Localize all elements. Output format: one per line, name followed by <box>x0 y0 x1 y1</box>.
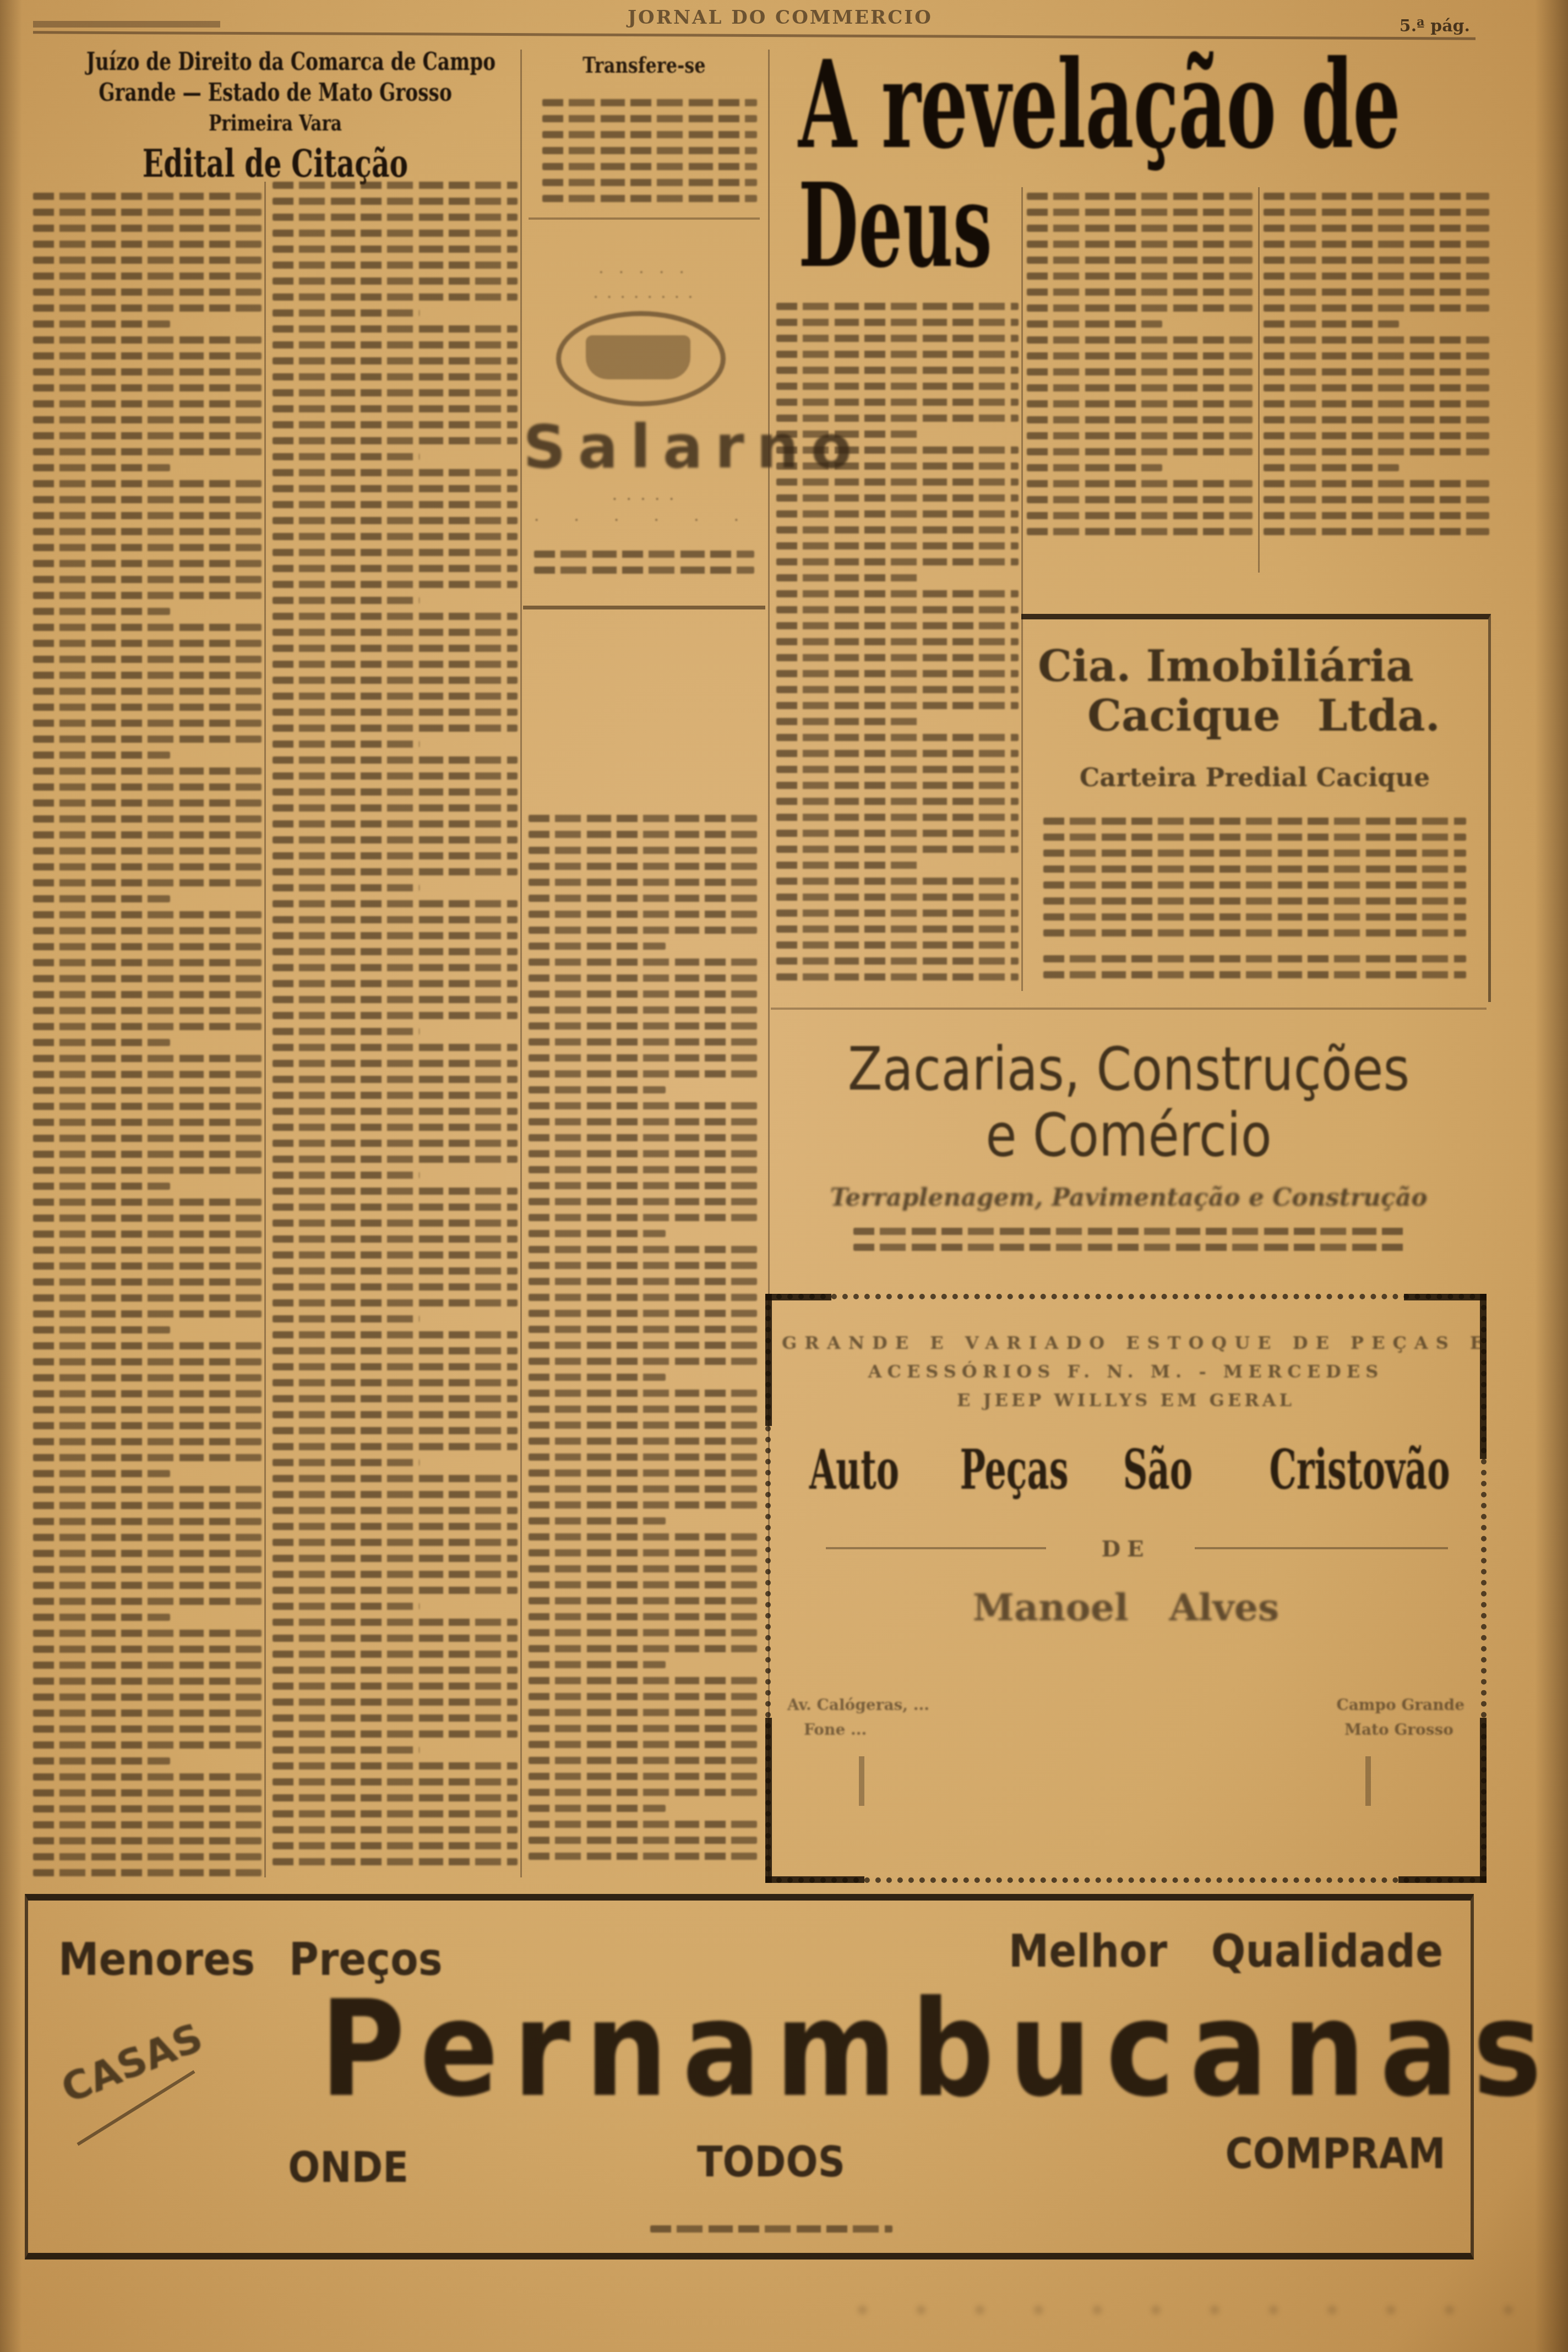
autopecas-address-left-1: Av. Calógeras, ... <box>787 1696 929 1714</box>
text-line <box>1027 512 1253 519</box>
text-line <box>273 693 518 700</box>
text-line <box>273 1714 518 1722</box>
text-line <box>33 1821 262 1828</box>
text-line <box>273 1188 518 1195</box>
text-line <box>273 1555 518 1562</box>
autopecas-owner: Manoel Alves <box>771 1586 1481 1630</box>
text-line <box>273 725 518 732</box>
text-line <box>776 686 1019 693</box>
text-line <box>273 1730 518 1738</box>
text-line <box>1264 209 1489 216</box>
text-line <box>33 720 262 727</box>
text-line <box>33 576 262 583</box>
text-line <box>273 804 518 812</box>
text-line <box>776 526 1019 533</box>
text-line <box>273 293 518 301</box>
text-line <box>33 1805 262 1812</box>
text-line <box>1264 400 1489 407</box>
text-line <box>273 820 518 827</box>
imobiliaria-name-line-2: Cacique Ltda. <box>1087 691 1440 741</box>
text-line <box>776 973 1019 981</box>
text-line <box>33 1869 262 1876</box>
text-line <box>776 670 1019 677</box>
text-line <box>33 193 262 200</box>
imobiliaria-subtitle: Carteira Predial Cacique <box>1021 763 1488 792</box>
text-line <box>33 1071 262 1078</box>
pernambucanas-word-compram: COMPRAM <box>1226 2129 1446 2178</box>
text-line <box>33 624 262 631</box>
text-line <box>776 319 1019 326</box>
text-line <box>273 469 518 476</box>
text-line <box>33 1550 262 1557</box>
autopecas-intro-line-2: ACESSÓRIOS F. N. M. - MERCEDES <box>782 1361 1470 1382</box>
text-line <box>273 1683 518 1690</box>
ad-border-corner <box>1398 1876 1487 1883</box>
text-line <box>529 1693 757 1700</box>
text-line <box>776 590 1019 597</box>
text-line <box>776 798 1019 805</box>
text-line <box>33 1039 170 1046</box>
autopecas-name: Auto Peças São Cristovão <box>782 1437 1470 1502</box>
text-line <box>273 932 518 939</box>
text-line <box>273 868 518 875</box>
text-line <box>273 1267 518 1275</box>
text-line <box>33 1199 262 1206</box>
text-line <box>529 1725 757 1732</box>
text-line <box>33 688 262 695</box>
text-line <box>1027 320 1162 328</box>
text-line <box>1027 225 1253 232</box>
ad-border-corner <box>765 1718 772 1883</box>
text-line <box>33 1374 262 1381</box>
text-line <box>33 464 170 471</box>
pernambucanas-slogan-right: Melhor Qualidade <box>1009 1925 1443 1978</box>
text-line <box>776 558 1019 565</box>
text-line <box>1027 352 1253 360</box>
salarno-footer-text <box>534 551 754 584</box>
text-line <box>776 702 1019 709</box>
text-line <box>1264 464 1399 471</box>
text-line <box>529 1533 757 1540</box>
text-line <box>273 629 518 636</box>
text-line <box>33 528 262 535</box>
text-line <box>529 1597 757 1604</box>
text-line <box>776 734 1019 741</box>
ad-border-corner <box>765 1294 831 1300</box>
autopecas-address-right-1: Campo Grande <box>1336 1696 1464 1714</box>
text-line <box>33 544 262 551</box>
text-line <box>529 1821 757 1828</box>
text-line <box>273 1491 518 1498</box>
text-line <box>529 1070 757 1077</box>
text-line <box>776 494 1019 502</box>
text-line <box>273 1810 518 1817</box>
zacarias-address <box>853 1228 1404 1260</box>
text-line <box>1043 929 1466 937</box>
text-line <box>33 336 262 344</box>
text-line <box>273 597 420 604</box>
text-line <box>776 574 922 581</box>
autopecas-ad: GRANDE E VARIADO ESTOQUE DE PEÇAS E ACES… <box>765 1294 1487 1883</box>
text-line <box>273 1156 518 1163</box>
revelacao-body-col3 <box>1264 193 1489 544</box>
text-line <box>529 927 757 934</box>
text-line <box>776 782 1019 789</box>
text-line <box>1027 496 1253 503</box>
text-line <box>529 1453 757 1461</box>
text-line <box>529 1837 757 1844</box>
text-line <box>529 1150 757 1157</box>
text-line <box>1027 241 1253 248</box>
text-line <box>273 1635 518 1642</box>
text-line <box>33 1231 262 1238</box>
text-line <box>529 1102 757 1109</box>
text-line <box>853 1228 1404 1235</box>
text-line <box>33 975 262 982</box>
text-line <box>33 1007 262 1014</box>
text-line <box>33 1757 170 1765</box>
text-line <box>33 1151 262 1158</box>
ad-border-corner <box>1404 1294 1487 1300</box>
text-line <box>33 752 170 759</box>
text-line <box>776 654 1019 661</box>
text-line <box>776 399 1019 406</box>
text-line <box>1027 400 1253 407</box>
text-line <box>33 911 262 918</box>
zacarias-services: Terraplenagem, Pavimentação e Construção <box>771 1184 1487 1212</box>
text-line <box>273 1587 518 1594</box>
text-line <box>529 1054 757 1061</box>
text-line <box>1264 416 1489 423</box>
text-line <box>273 645 518 652</box>
zacarias-name-line-1: Zacarias, Construções <box>825 1035 1433 1104</box>
text-line <box>33 1023 262 1030</box>
text-line <box>33 1215 262 1222</box>
autopecas-intro-line-1: GRANDE E VARIADO ESTOQUE DE PEÇAS E <box>782 1332 1470 1353</box>
text-line <box>529 1629 757 1636</box>
text-line <box>33 1566 262 1573</box>
exclamation-ornament-icon <box>1365 1756 1371 1806</box>
text-line <box>529 1517 666 1525</box>
text-line <box>776 606 1019 613</box>
text-line <box>529 1038 757 1046</box>
text-line <box>776 510 1019 518</box>
text-line <box>529 1805 666 1812</box>
text-line <box>33 1853 262 1860</box>
text-line <box>650 2225 892 2233</box>
edital-headline-line-3: Primeira Vara <box>86 108 464 138</box>
text-line <box>529 1757 757 1764</box>
text-line <box>529 1134 757 1141</box>
text-line <box>273 916 518 923</box>
text-line <box>33 1646 262 1653</box>
text-line <box>33 1470 170 1477</box>
text-line <box>33 1741 262 1749</box>
text-line <box>273 948 518 955</box>
text-line <box>33 1773 262 1781</box>
text-line <box>529 1342 757 1349</box>
bleed-through-text: · · · · · · · · · · · · <box>33 2268 1520 2352</box>
text-line <box>776 638 1019 645</box>
text-line <box>529 1501 757 1509</box>
text-line <box>273 1299 518 1306</box>
text-line <box>273 1842 518 1849</box>
text-line <box>529 1853 757 1860</box>
text-line <box>776 910 1019 917</box>
col3-body-text <box>529 815 757 1869</box>
text-line <box>33 352 262 360</box>
text-line <box>776 415 1019 422</box>
text-line <box>273 884 420 891</box>
exclamation-ornament-icon <box>859 1756 864 1806</box>
text-line <box>529 1262 757 1269</box>
text-line <box>273 214 518 221</box>
text-line <box>33 592 262 599</box>
text-line <box>273 1507 518 1514</box>
edital-headline: Juízo de Direito da Comarca de Campo Gra… <box>33 47 518 187</box>
text-line <box>273 277 518 285</box>
text-line <box>273 373 518 380</box>
text-line <box>1264 368 1489 375</box>
text-line <box>529 1741 757 1748</box>
text-line <box>33 448 262 455</box>
text-line <box>33 320 170 328</box>
text-line <box>273 1411 518 1418</box>
text-line <box>1027 432 1253 439</box>
text-line <box>1027 193 1253 200</box>
text-line <box>853 1244 1404 1251</box>
text-line <box>776 766 1019 773</box>
text-line <box>33 1326 170 1333</box>
text-line <box>33 496 262 503</box>
text-line <box>33 895 170 902</box>
text-line <box>33 959 262 966</box>
imobiliaria-address <box>1043 955 1466 987</box>
text-line <box>542 131 757 138</box>
text-line <box>534 567 754 574</box>
pernambucanas-word-todos: TODOS <box>697 2137 845 2186</box>
text-line <box>776 846 1019 853</box>
text-line <box>776 542 1019 549</box>
text-line <box>1264 512 1489 519</box>
text-line <box>529 1182 757 1189</box>
text-line <box>1027 480 1253 487</box>
text-line <box>273 1698 518 1706</box>
text-line <box>33 560 262 567</box>
text-line <box>273 182 518 189</box>
text-line <box>529 1246 757 1253</box>
text-line <box>776 447 1019 454</box>
pernambucanas-ad: Menores Preços Melhor Qualidade CASAS Pe… <box>25 1894 1474 2260</box>
text-line <box>273 246 518 253</box>
text-line <box>33 209 262 216</box>
text-line <box>33 1262 262 1270</box>
salarno-top-line-2: · · · · · · · · <box>523 289 765 306</box>
text-line <box>273 421 518 428</box>
text-line <box>33 384 262 391</box>
text-line <box>529 1358 757 1365</box>
text-line <box>776 894 1019 901</box>
text-line <box>1027 257 1253 264</box>
text-line <box>33 1087 262 1094</box>
text-line <box>273 1762 518 1770</box>
text-line <box>529 1214 757 1221</box>
masthead-left-rule <box>33 21 220 28</box>
text-line <box>33 1438 262 1445</box>
text-line <box>273 1794 518 1801</box>
text-line <box>273 1427 518 1434</box>
text-line <box>273 1363 518 1370</box>
text-line <box>33 1725 262 1733</box>
imobiliaria-body-text <box>1043 818 1466 945</box>
autopecas-name-word: São <box>1123 1437 1193 1502</box>
salarno-ad: · · · · · · · · · · · · · Salarno · · · … <box>523 253 765 782</box>
text-line <box>33 368 262 375</box>
text-line <box>33 927 262 934</box>
text-line <box>1264 352 1489 360</box>
text-line <box>273 900 518 907</box>
text-line <box>529 1278 757 1285</box>
transfere-headline: Transfere-se <box>552 52 737 78</box>
text-line <box>776 862 922 869</box>
text-line <box>273 1140 518 1147</box>
text-line <box>33 241 262 248</box>
text-line <box>33 1406 262 1413</box>
text-line <box>33 1422 262 1429</box>
text-line <box>1043 865 1466 873</box>
text-line <box>33 1789 262 1796</box>
text-line <box>776 383 1019 390</box>
text-line <box>273 325 518 333</box>
text-line <box>529 1086 666 1093</box>
paper-name: JORNAL DO COMMERCIO <box>628 7 933 29</box>
text-line <box>273 1108 518 1115</box>
text-line <box>529 1661 666 1668</box>
text-line <box>529 1709 757 1716</box>
zacarias-name-line-2: e Comércio <box>825 1101 1433 1170</box>
text-line <box>534 551 754 558</box>
newspaper-page: JORNAL DO COMMERCIO 5.ª pág. Juízo de Di… <box>0 0 1568 2352</box>
text-line <box>1264 528 1489 535</box>
text-line <box>1027 448 1253 455</box>
text-line <box>529 1422 757 1429</box>
text-line <box>33 432 262 439</box>
text-line <box>33 991 262 998</box>
text-line <box>529 815 757 822</box>
text-line <box>273 788 518 796</box>
text-line <box>33 416 262 423</box>
text-line <box>529 1390 757 1397</box>
text-line <box>273 1651 518 1658</box>
text-line <box>1264 432 1489 439</box>
text-line <box>33 1486 262 1493</box>
autopecas-name-word: Auto <box>809 1437 899 1502</box>
text-line <box>542 163 757 170</box>
text-line <box>33 1278 262 1286</box>
text-line <box>273 565 518 572</box>
text-line <box>33 863 262 870</box>
text-line <box>529 1022 757 1030</box>
text-line <box>273 1746 420 1754</box>
text-line <box>776 878 1019 885</box>
text-line <box>776 351 1019 358</box>
text-line <box>542 147 757 154</box>
text-line <box>33 1246 262 1254</box>
text-line <box>273 1092 518 1099</box>
text-line <box>776 814 1019 821</box>
text-line <box>529 1310 757 1317</box>
text-line <box>529 847 757 854</box>
text-line <box>273 1475 518 1482</box>
text-line <box>273 1603 420 1610</box>
text-line <box>273 1347 518 1354</box>
text-line <box>33 1534 262 1541</box>
text-line <box>529 1773 757 1780</box>
text-line <box>273 661 518 668</box>
text-line <box>1264 273 1489 280</box>
text-line <box>776 622 1019 629</box>
text-line <box>1043 881 1466 889</box>
text-line <box>1264 448 1489 455</box>
pernambucanas-address <box>650 2225 892 2241</box>
text-line <box>776 303 1019 310</box>
text-line <box>542 179 757 186</box>
text-line <box>33 225 262 232</box>
text-line <box>273 741 420 748</box>
text-line <box>33 767 262 775</box>
text-line <box>1027 288 1253 296</box>
col1-body-text <box>33 193 262 1885</box>
text-line <box>529 1677 757 1684</box>
text-line <box>529 1166 757 1173</box>
text-line <box>273 389 518 396</box>
text-line <box>273 230 518 237</box>
text-line <box>273 262 518 269</box>
text-line <box>1043 818 1466 825</box>
text-line <box>1264 225 1489 232</box>
text-line <box>776 462 1019 470</box>
autopecas-intro-line-3: E JEEP WILLYS EM GERAL <box>782 1390 1470 1411</box>
text-line <box>33 879 262 886</box>
text-line <box>273 453 420 460</box>
text-line <box>33 1294 262 1302</box>
text-line <box>33 1598 262 1605</box>
page-edge-shadow-left <box>0 0 22 2352</box>
salarno-sub-line-1: · · · · · <box>523 490 765 508</box>
text-line <box>273 1315 420 1322</box>
text-line <box>33 304 262 312</box>
text-line <box>33 1662 262 1669</box>
text-line <box>529 1438 757 1445</box>
text-line <box>273 996 518 1003</box>
text-line <box>33 640 262 647</box>
text-line <box>273 1204 518 1211</box>
autopecas-address-left-2: Fone ... <box>804 1721 867 1739</box>
text-line <box>33 512 262 519</box>
text-line <box>273 1012 518 1019</box>
salarno-brand: Salarno <box>523 413 765 482</box>
text-line <box>273 1028 420 1035</box>
text-line <box>273 1283 518 1291</box>
autopecas-name-word: Cristovão <box>1270 1437 1450 1502</box>
text-line <box>776 941 1019 949</box>
text-line <box>273 1858 518 1865</box>
text-line <box>529 1374 666 1381</box>
text-line <box>529 1645 757 1652</box>
ad-border-corner <box>765 1876 864 1883</box>
decorative-rule <box>1195 1547 1448 1549</box>
edital-title: Edital de Citação <box>101 140 450 187</box>
